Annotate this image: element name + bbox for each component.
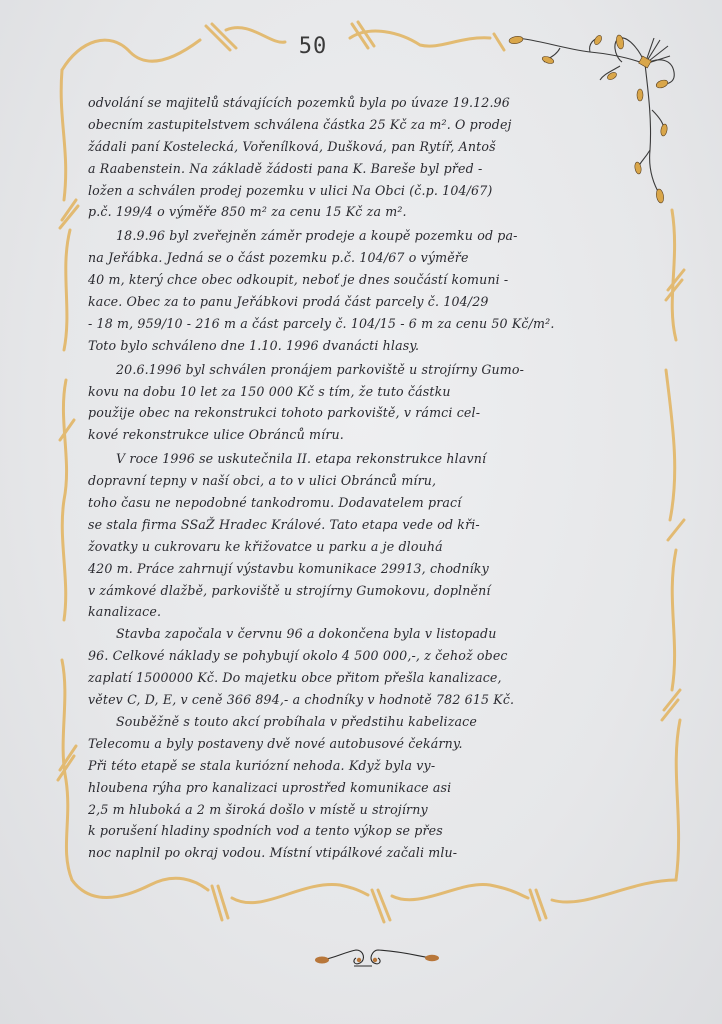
text-line: Telecomu a byly postaveny dvě nové autob… (88, 733, 648, 755)
text-line: 40 m, který chce obec odkoupit, neboť je… (88, 269, 648, 291)
paragraph-cabling-accident: Souběžně s touto akcí probíhala v předst… (88, 711, 648, 864)
handwritten-page: 50 odvolání se majitelů stávajících poze… (0, 0, 722, 1024)
paragraph-sale-of-land: odvolání se majitelů stávajících pozemků… (88, 92, 648, 223)
text-line: a Raabenstein. Na základě žádosti pana K… (88, 158, 648, 180)
paragraph-jerabek-exchange: 18.9.96 byl zveřejněn záměr prodeje a ko… (88, 225, 648, 356)
text-line: 20.6.1996 byl schválen pronájem parkoviš… (88, 359, 648, 381)
text-line: noc naplnil po okraj vodou. Místní vtipá… (88, 842, 648, 864)
page-number: 50 (296, 34, 330, 60)
text-line: zaplatí 1500000 Kč. Do majetku obce přit… (88, 667, 648, 689)
paragraph-parking-lease: 20.6.1996 byl schválen pronájem parkoviš… (88, 359, 648, 447)
text-line: toho času ne nepodobné tankodromu. Dodav… (88, 492, 648, 514)
text-line: na Jeřábka. Jedná se o část pozemku p.č.… (88, 247, 648, 269)
text-line: Stavba započala v červnu 96 a dokončena … (88, 623, 648, 645)
text-line: kové rekonstrukce ulice Obránců míru. (88, 424, 648, 446)
text-line: větev C, D, E, v ceně 366 894,- a chodní… (88, 689, 648, 711)
text-line: dopravní tepny v naší obci, a to v ulici… (88, 470, 648, 492)
text-line: Při této etapě se stala kuriózní nehoda.… (88, 755, 648, 777)
paragraph-road-reconstruction: V roce 1996 se uskutečnila II. etapa rek… (88, 448, 648, 623)
text-line: žádali paní Kostelecká, Vořenílková, Duš… (88, 136, 648, 158)
text-line: 18.9.96 byl zveřejněn záměr prodeje a ko… (88, 225, 648, 247)
text-line: hloubena rýha pro kanalizaci uprostřed k… (88, 777, 648, 799)
text-line: - 18 m, 959/10 - 216 m a část parcely č.… (88, 313, 648, 335)
text-line: kace. Obec za to panu Jeřábkovi prodá čá… (88, 291, 648, 313)
text-line: Toto bylo schváleno dne 1.10. 1996 dvaná… (88, 335, 648, 357)
text-line: obecním zastupitelstvem schválena částka… (88, 114, 648, 136)
text-line: Souběžně s touto akcí probíhala v předst… (88, 711, 648, 733)
text-line: 420 m. Práce zahrnují výstavbu komunikac… (88, 558, 648, 580)
paragraph-construction-costs: Stavba započala v červnu 96 a dokončena … (88, 623, 648, 711)
text-line: použije obec na rekonstrukci tohoto park… (88, 402, 648, 424)
text-line: žovatky u cukrovaru ke křižovatce u park… (88, 536, 648, 558)
text-line: k porušení hladiny spodních vod a tento … (88, 820, 648, 842)
text-line: kovu na dobu 10 let za 150 000 Kč s tím,… (88, 381, 648, 403)
text-line: se stala firma SSaŽ Hradec Králové. Tato… (88, 514, 648, 536)
text-line: 2,5 m hluboká a 2 m široká došlo v místě… (88, 799, 648, 821)
text-line: V roce 1996 se uskutečnila II. etapa rek… (88, 448, 648, 470)
text-line: ložen a schválen prodej pozemku v ulici … (88, 180, 648, 202)
text-line: kanalizace. (88, 601, 648, 623)
text-line: p.č. 199/4 o výměře 850 m² za cenu 15 Kč… (88, 201, 648, 223)
handwritten-text: odvolání se majitelů stávajících pozemků… (88, 92, 648, 864)
text-line: v zámkové dlažbě, parkoviště u strojírny… (88, 580, 648, 602)
text-line: odvolání se majitelů stávajících pozemků… (88, 92, 648, 114)
text-line: 96. Celkové náklady se pohybují okolo 4 … (88, 645, 648, 667)
